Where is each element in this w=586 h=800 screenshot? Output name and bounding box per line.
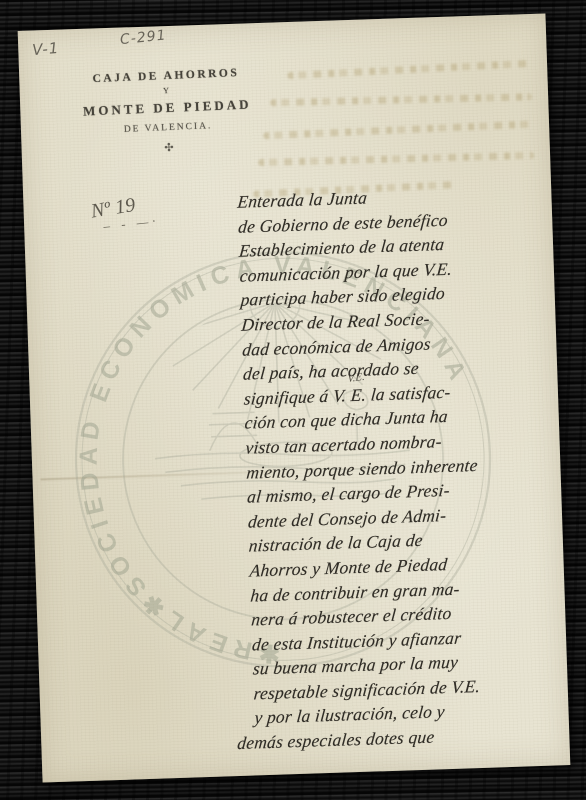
showthrough-line <box>258 152 534 166</box>
reference-number: Nº 19 – - —· <box>89 191 160 238</box>
manuscript-body: V.E. Enterada la Juntade Gobierno de est… <box>221 179 580 756</box>
manuscript-lines: Enterada la Juntade Gobierno de este ben… <box>221 179 580 756</box>
showthrough-line <box>263 121 533 140</box>
scanned-letter-page: V-1 C-291 CAJA DE AHORROS Y MONTE DE PIE… <box>0 0 586 800</box>
showthrough-line <box>270 93 532 106</box>
letterhead-ornament-icon: ✣ <box>74 137 264 158</box>
letterhead-line-4: DE VALENCIA. <box>73 119 263 137</box>
showthrough-line <box>287 60 532 79</box>
letterhead-line-3: MONTE DE PIEDAD <box>72 96 263 120</box>
paper-sheet: V-1 C-291 CAJA DE AHORROS Y MONTE DE PIE… <box>18 13 571 782</box>
pencil-annotation-right: C-291 <box>119 27 167 48</box>
letterhead: CAJA DE AHORROS Y MONTE DE PIEDAD DE VAL… <box>71 66 264 158</box>
pencil-annotation-left: V-1 <box>32 39 60 59</box>
